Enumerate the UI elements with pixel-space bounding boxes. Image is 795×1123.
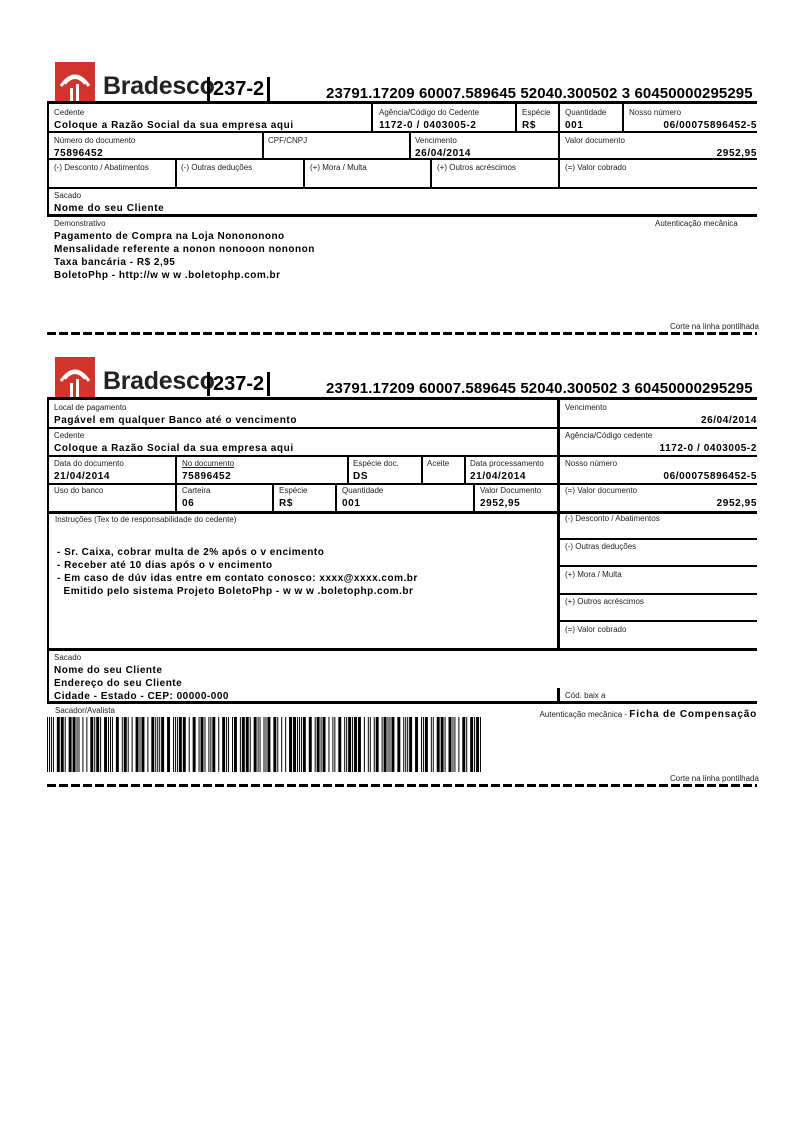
quantidade-label: Quantidade xyxy=(342,486,383,495)
valor-cobrado-label: (=) Valor cobrado xyxy=(565,163,626,172)
instrucao-line: - Receber até 10 dias após o v encimento xyxy=(57,559,273,572)
valor-documento-value: 2952,95 xyxy=(717,498,757,509)
cod-baixa-label: Cód. baix a xyxy=(565,691,605,700)
autenticacao-mecanica-label: Autenticação mecânica xyxy=(655,219,738,228)
valor-cobrado-label: (=) Valor cobrado xyxy=(565,625,626,634)
autenticacao-ficha: Autenticação mecânica - Ficha de Compens… xyxy=(539,704,757,722)
instrucao-line: - Em caso de dúv idas entre em contato c… xyxy=(57,572,418,585)
quantidade-label: Quantidade xyxy=(565,108,606,117)
aceite-label: Aceite xyxy=(427,459,449,468)
carteira-value: 06 xyxy=(182,498,194,509)
demonstrativo-line: BoletoPhp - http://w w w .boletophp.com.… xyxy=(54,269,281,282)
corte-label: Corte na linha pontilhada xyxy=(670,774,759,783)
data-processamento-label: Data processamento xyxy=(470,459,544,468)
demonstrativo-line: Taxa bancária - R$ 2,95 xyxy=(54,256,175,269)
bank-name: Bradesco xyxy=(103,72,215,101)
valor-doc-value: 2952,95 xyxy=(480,498,520,509)
agencia-label: Agência/Código cedente xyxy=(565,431,652,440)
vencimento-label: Vencimento xyxy=(565,403,607,412)
sacado-label: Sacado xyxy=(54,653,81,662)
bradesco-logo-icon xyxy=(55,62,95,102)
valor-documento-label: (=) Valor documento xyxy=(565,486,637,495)
cedente-value: Coloque a Razão Social da sua empresa aq… xyxy=(54,443,294,454)
nosso-numero-label: Nosso número xyxy=(565,459,617,468)
vencimento-label: Vencimento xyxy=(415,136,457,145)
data-documento-value: 21/04/2014 xyxy=(54,471,110,482)
especie-label: Espécie xyxy=(522,108,550,117)
demonstrativo-label: Demonstrativo xyxy=(54,219,106,228)
outras-deducoes-label: (-) Outras deduções xyxy=(565,542,636,551)
numero-documento-label: Número do documento xyxy=(54,136,135,145)
cedente-label: Cedente xyxy=(54,431,84,440)
cpf-cnpj-label: CPF/CNPJ xyxy=(268,136,307,145)
instrucao-line: - Sr. Caixa, cobrar multa de 2% após o v… xyxy=(57,546,324,559)
nosso-numero-value: 06/00075896452-5 xyxy=(663,471,757,482)
barcode xyxy=(47,717,481,772)
valor-documento-label: Valor documento xyxy=(565,136,625,145)
no-documento-label: No documento xyxy=(182,459,234,468)
desconto-label: (-) Desconto / Abatimentos xyxy=(54,163,149,172)
autenticacao-mecanica-label: Autenticação mecânica - xyxy=(539,710,629,719)
bank-code: 237-2 xyxy=(207,77,270,101)
desconto-label: (-) Desconto / Abatimentos xyxy=(565,514,660,523)
outros-acrescimos-label: (+) Outros acréscimos xyxy=(437,163,516,172)
cut-line xyxy=(47,784,757,787)
carteira-label: Carteira xyxy=(182,486,210,495)
valor-doc-label: Valor Documento xyxy=(480,486,541,495)
sacado-endereco: Endereço do seu Cliente xyxy=(54,677,182,690)
data-documento-label: Data do documento xyxy=(54,459,124,468)
vencimento-value: 26/04/2014 xyxy=(701,415,757,426)
no-documento-value: 75896452 xyxy=(182,471,231,482)
agencia-value: 1172-0 / 0403005-2 xyxy=(379,120,477,131)
cut-line xyxy=(47,332,757,335)
corte-label: Corte na linha pontilhada xyxy=(670,322,759,331)
local-pagamento-value: Pagável em qualquer Banco até o vencimen… xyxy=(54,415,297,426)
mora-multa-label: (+) Mora / Multa xyxy=(310,163,367,172)
sacado-nome: Nome do seu Cliente xyxy=(54,664,162,677)
bradesco-logo-icon xyxy=(55,357,95,397)
nosso-numero-label: Nosso número xyxy=(629,108,681,117)
especie-value: R$ xyxy=(522,120,536,131)
instrucoes-label: Instruções (Tex to de responsabilidade d… xyxy=(55,515,236,524)
especie-doc-value: DS xyxy=(353,471,368,482)
linha-digitavel: 23791.17209 60007.589645 52040.300502 3 … xyxy=(326,380,753,397)
demonstrativo-line: Mensalidade referente a nonon nonooon no… xyxy=(54,243,315,256)
cedente-label: Cedente xyxy=(54,108,84,117)
sacador-avalista-label: Sacador/Avalista xyxy=(55,706,115,715)
data-processamento-value: 21/04/2014 xyxy=(470,471,526,482)
especie-label: Espécie xyxy=(279,486,307,495)
uso-banco-label: Uso do banco xyxy=(54,486,103,495)
bank-name: Bradesco xyxy=(103,367,215,396)
linha-digitavel: 23791.17209 60007.589645 52040.300502 3 … xyxy=(326,85,753,102)
especie-value: R$ xyxy=(279,498,293,509)
bank-code: 237-2 xyxy=(207,372,270,396)
mora-multa-label: (+) Mora / Multa xyxy=(565,570,622,579)
sacado-label: Sacado xyxy=(54,191,81,200)
agencia-label: Agência/Código do Cedente xyxy=(379,108,479,117)
ficha-compensacao-title: Ficha de Compensação xyxy=(629,709,757,720)
nosso-numero-value: 06/00075896452-5 xyxy=(663,120,757,131)
local-pagamento-label: Local de pagamento xyxy=(54,403,127,412)
outros-acrescimos-label: (+) Outros acréscimos xyxy=(565,597,644,606)
instrucao-line: Emitido pelo sistema Projeto BoletoPhp -… xyxy=(57,585,413,598)
especie-doc-label: Espécie doc. xyxy=(353,459,399,468)
outras-deducoes-label: (-) Outras deduções xyxy=(181,163,252,172)
cedente-value: Coloque a Razão Social da sua empresa aq… xyxy=(54,120,294,131)
quantidade-value: 001 xyxy=(565,120,584,131)
demonstrativo-line: Pagamento de Compra na Loja Nonononono xyxy=(54,230,285,243)
agencia-value: 1172-0 / 0403005-2 xyxy=(659,443,757,454)
sacado-value: Nome do seu Cliente xyxy=(54,203,164,214)
quantidade-value: 001 xyxy=(342,498,361,509)
